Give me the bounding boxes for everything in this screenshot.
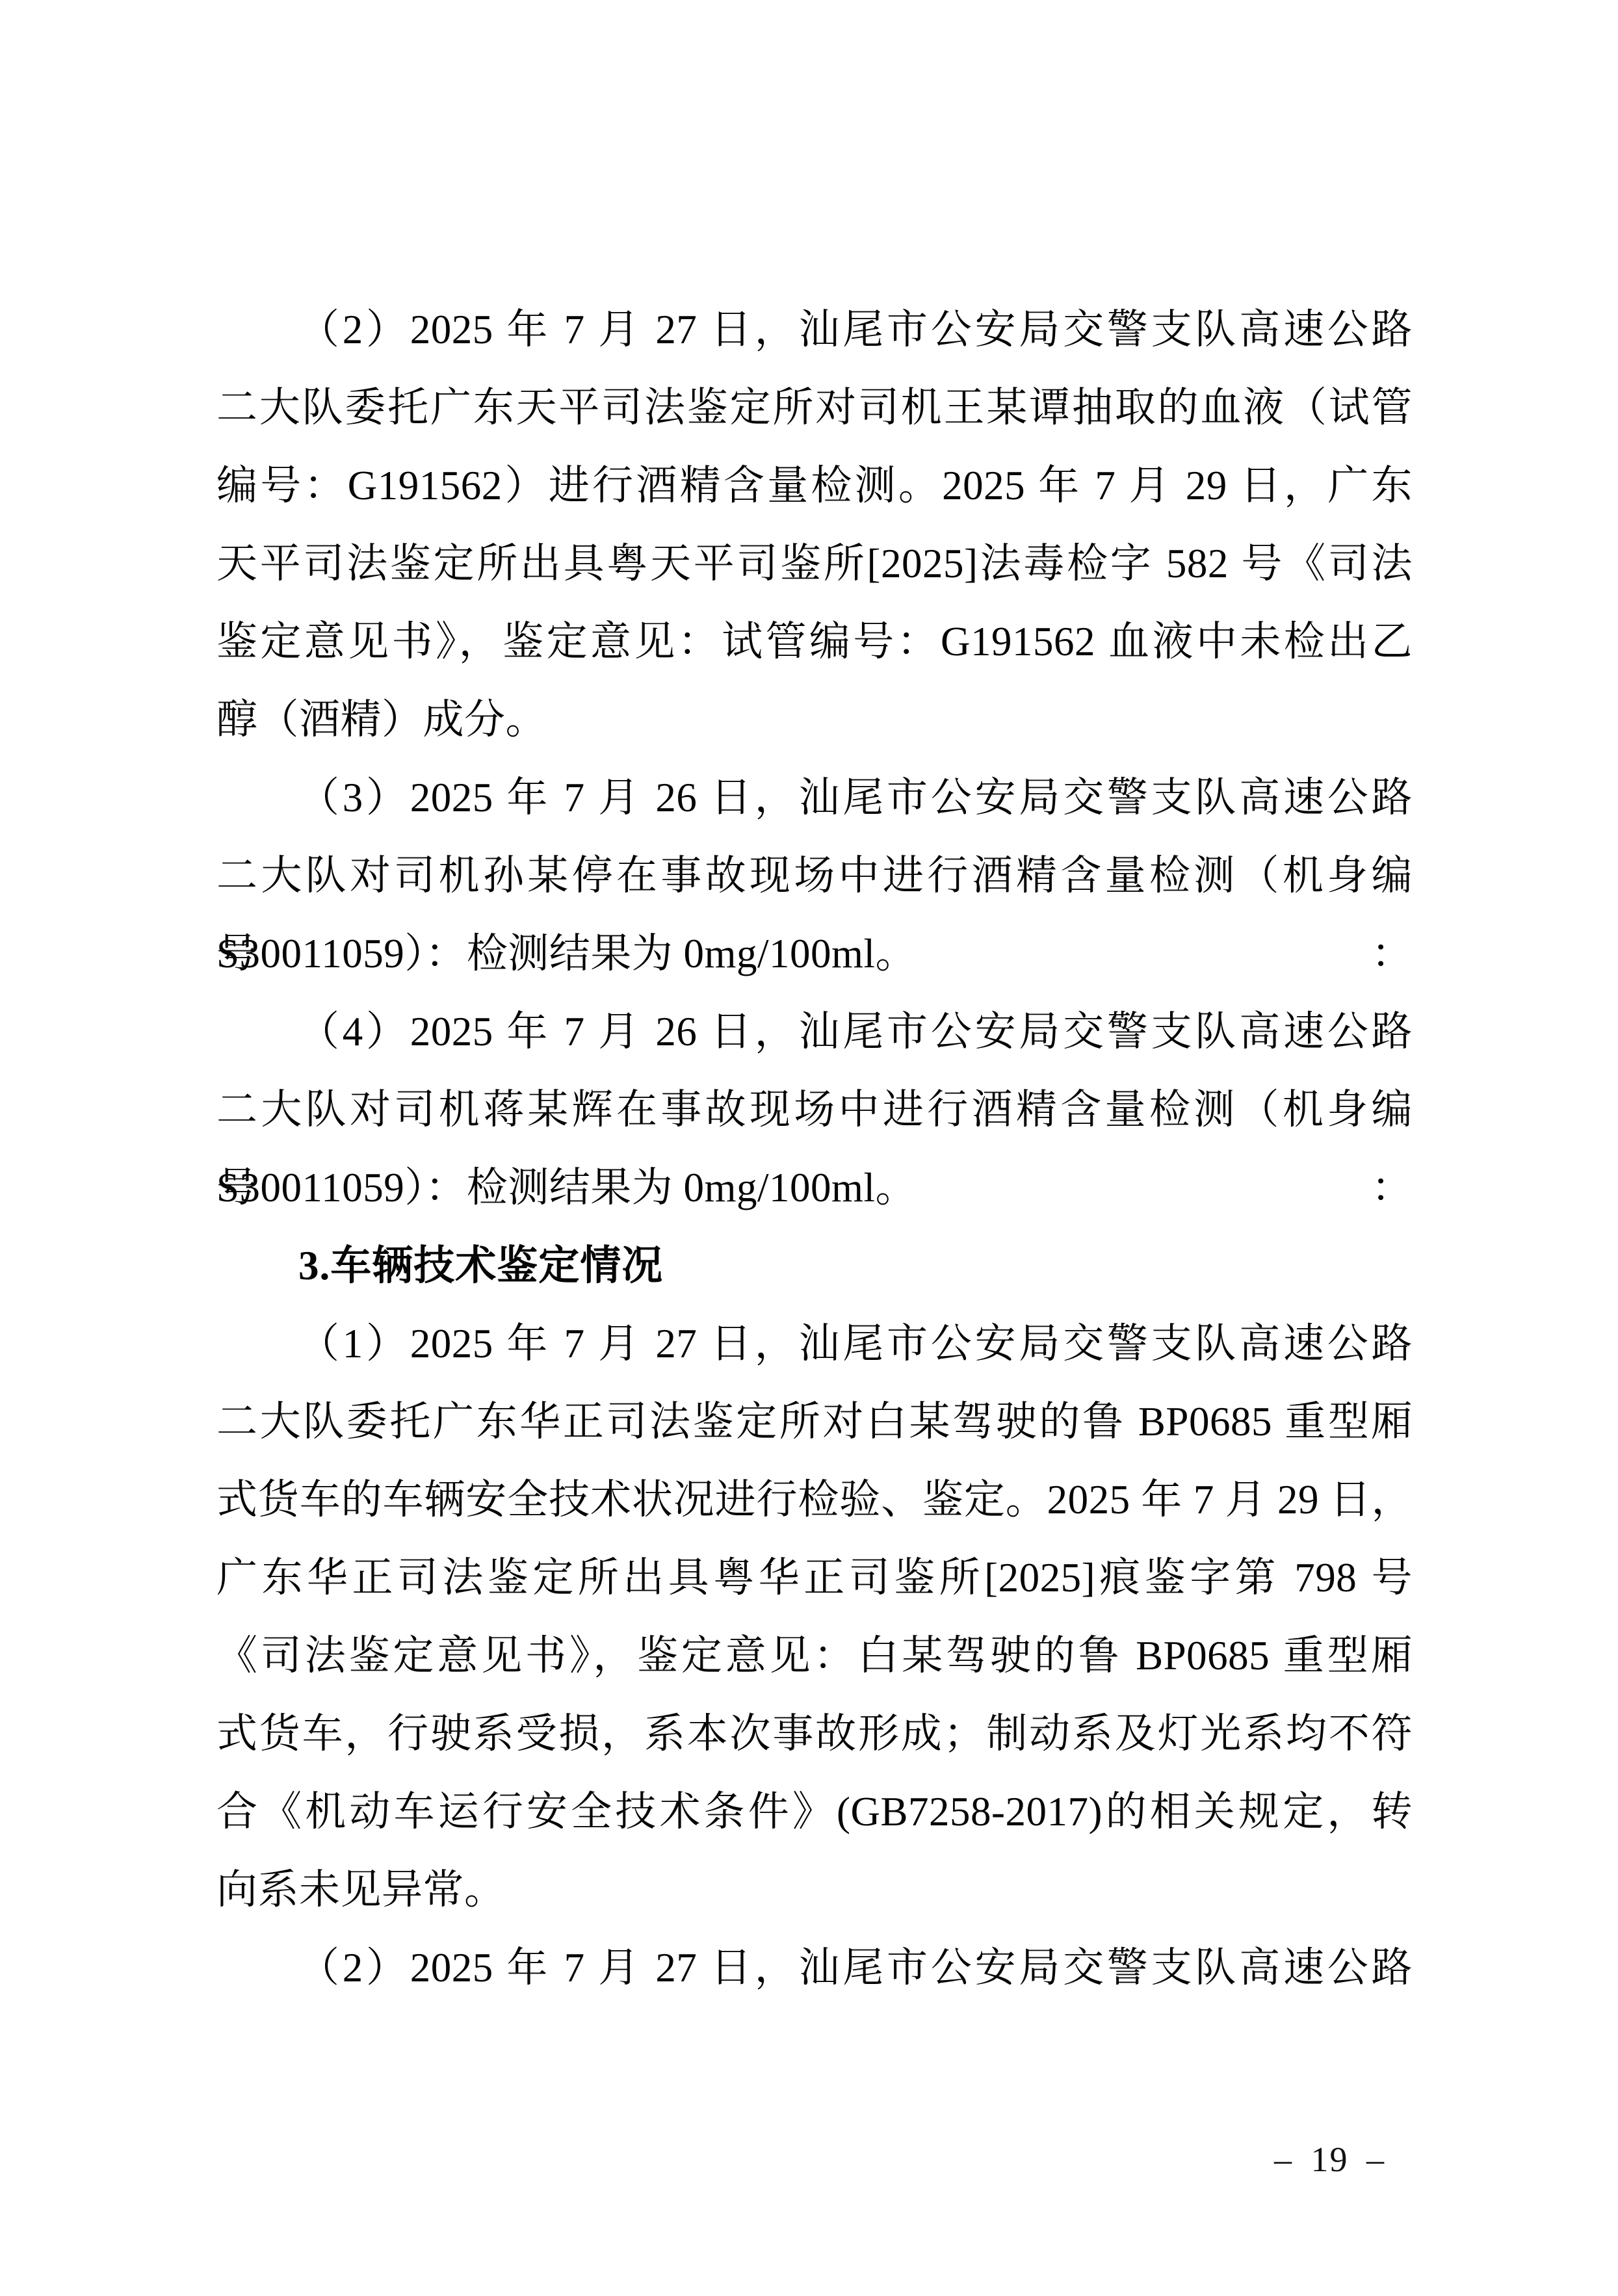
para-breath-alcohol-test-sun: （3）2025 年 7 月 26 日，汕尾市公安局交警支队高速公路二大队对司机孙…	[216, 759, 1413, 993]
paragraph-line: 《司法鉴定意见书》，鉴定意见：白某驾驶的鲁 BP0685 重型厢	[216, 1617, 1413, 1695]
paragraph-line: 式货车的车辆安全技术状况进行检验、鉴定。2025 年 7 月 29 日，	[216, 1461, 1413, 1539]
paragraph-line: 广东华正司法鉴定所出具粤华正司鉴所[2025]痕鉴字第 798 号	[216, 1539, 1413, 1617]
page-number-label: – 19 –	[1274, 2140, 1385, 2179]
document-page: （2）2025 年 7 月 27 日，汕尾市公安局交警支队高速公路二大队委托广东…	[0, 0, 1618, 2296]
paragraph-line: 天平司法鉴定所出具粤天平司鉴所[2025]法毒检字 582 号《司法	[216, 525, 1413, 603]
document-body: （2）2025 年 7 月 27 日，汕尾市公安局交警支队高速公路二大队委托广东…	[216, 291, 1413, 2007]
para-blood-alcohol-test-wang: （2）2025 年 7 月 27 日，汕尾市公安局交警支队高速公路二大队委托广东…	[216, 291, 1413, 759]
paragraph-line: 二大队对司机蒋某辉在事故现场中进行酒精含量检测（机身编号：	[216, 1071, 1413, 1149]
section-heading-line: 3.车辆技术鉴定情况	[216, 1227, 1413, 1305]
paragraph-line: 向系未见异常。	[216, 1851, 1413, 1929]
paragraph-line: 醇（酒精）成分。	[216, 681, 1413, 759]
page-number: – 19 –	[1274, 2127, 1443, 2192]
paragraph-line: （4）2025 年 7 月 26 日，汕尾市公安局交警支队高速公路	[216, 993, 1413, 1071]
para-vehicle-appraisal-truck-bai: （1）2025 年 7 月 27 日，汕尾市公安局交警支队高速公路二大队委托广东…	[216, 1305, 1413, 1929]
paragraph-line: 二大队委托广东华正司法鉴定所对白某驾驶的鲁 BP0685 重型厢	[216, 1383, 1413, 1461]
paragraph-line: （2）2025 年 7 月 27 日，汕尾市公安局交警支队高速公路	[216, 1929, 1413, 2007]
paragraph-line: 合《机动车运行安全技术条件》(GB7258-2017)的相关规定，转	[216, 1773, 1413, 1851]
para-vehicle-appraisal-next: （2）2025 年 7 月 27 日，汕尾市公安局交警支队高速公路	[216, 1929, 1413, 2007]
paragraph-line: 式货车，行驶系受损，系本次事故形成；制动系及灯光系均不符	[216, 1695, 1413, 1773]
para-breath-alcohol-test-jiang: （4）2025 年 7 月 26 日，汕尾市公安局交警支队高速公路二大队对司机蒋…	[216, 993, 1413, 1227]
paragraph-line: 二大队委托广东天平司法鉴定所对司机王某谭抽取的血液（试管	[216, 369, 1413, 447]
paragraph-line: （3）2025 年 7 月 26 日，汕尾市公安局交警支队高速公路	[216, 759, 1413, 837]
paragraph-line: 编号：G191562）进行酒精含量检测。2025 年 7 月 29 日，广东	[216, 447, 1413, 525]
paragraph-line: （1）2025 年 7 月 27 日，汕尾市公安局交警支队高速公路	[216, 1305, 1413, 1383]
paragraph-line: （2）2025 年 7 月 27 日，汕尾市公安局交警支队高速公路	[216, 291, 1413, 369]
paragraph-line: 鉴定意见书》，鉴定意见：试管编号：G191562 血液中未检出乙	[216, 603, 1413, 681]
paragraph-line: 二大队对司机孙某停在事故现场中进行酒精含量检测（机身编号：	[216, 837, 1413, 915]
heading-vehicle-technical-appraisal: 3.车辆技术鉴定情况	[216, 1227, 1413, 1305]
